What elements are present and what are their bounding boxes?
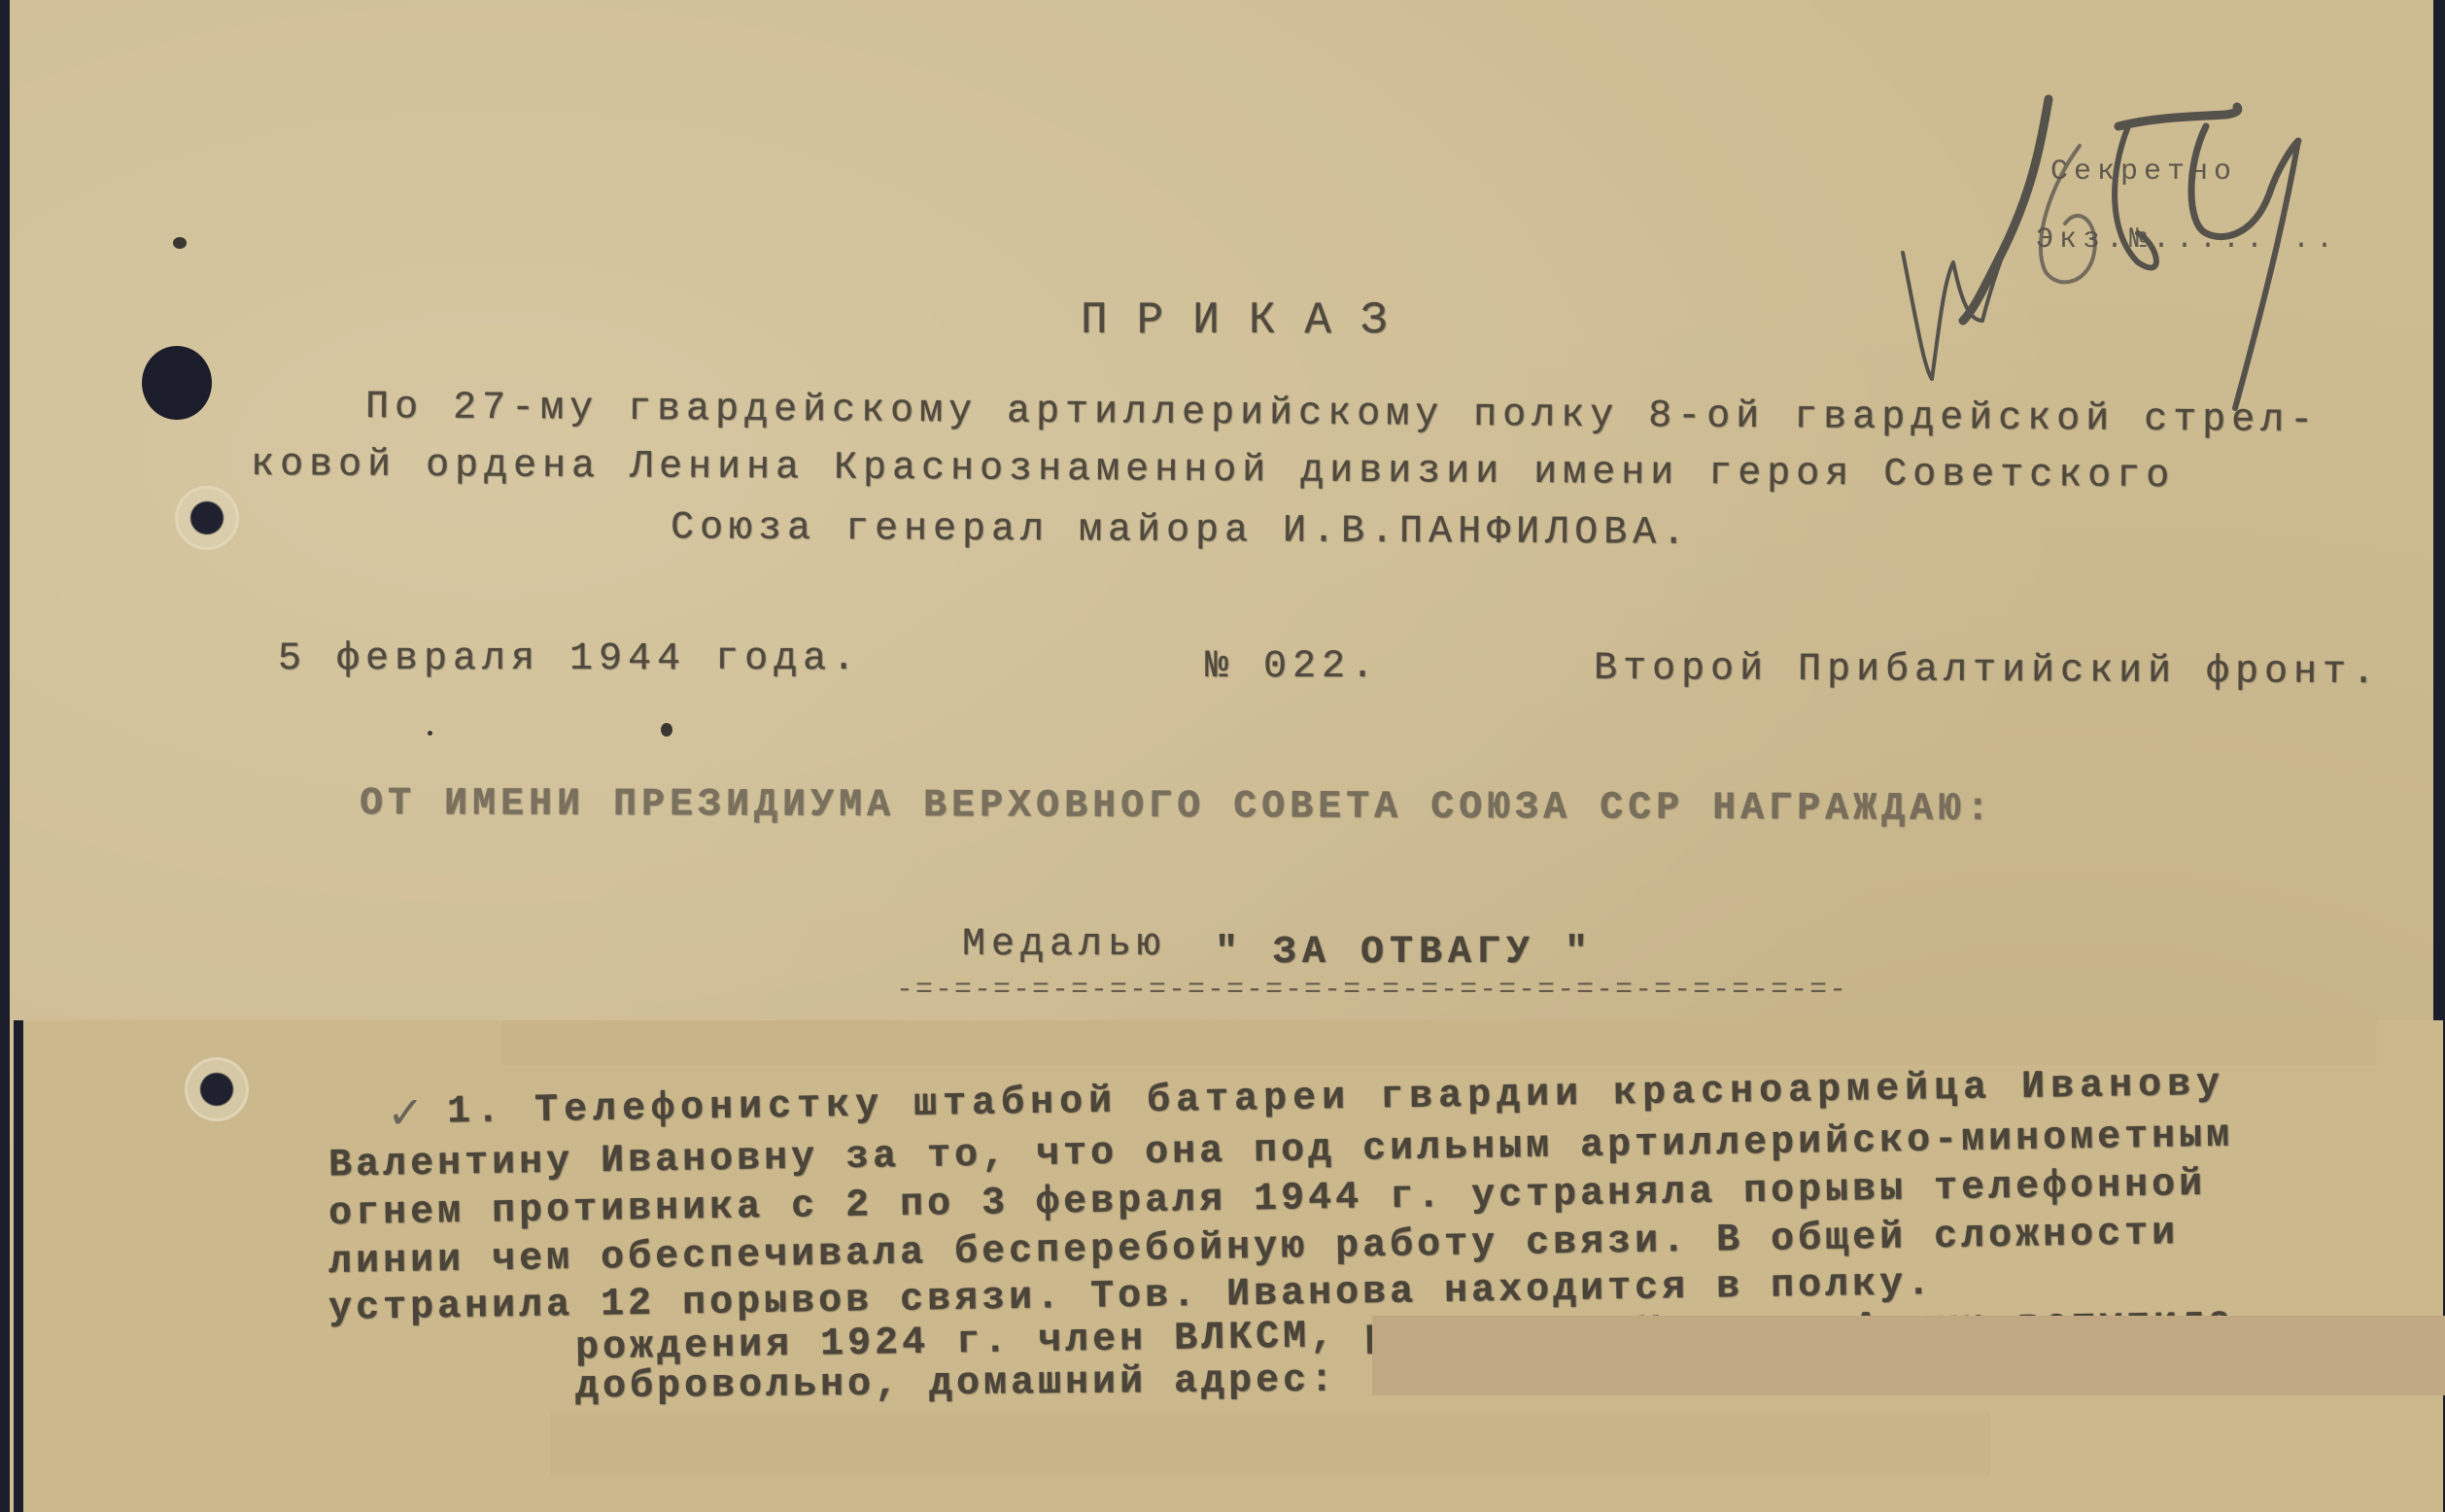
paper-speck bbox=[428, 731, 432, 736]
redaction-box bbox=[501, 1020, 2377, 1065]
paper-speck bbox=[173, 237, 187, 249]
award-underline: -=-=-=-=-=-=-=-=-=-=-=-=-=-=-=-=-=-=-=-=… bbox=[896, 974, 1848, 1007]
redaction-box-overlay bbox=[1372, 1316, 2445, 1395]
check-mark-icon: ✓ bbox=[387, 1086, 425, 1139]
header-line-3: Союза генерал майора И.В.ПАНФИЛОВА. bbox=[671, 506, 1691, 555]
handwritten-number-annotation-icon bbox=[1885, 87, 2391, 418]
paper-speck bbox=[661, 723, 672, 737]
punch-hole-torn-middle bbox=[175, 486, 239, 550]
award-preamble: ОТ ИМЕНИ ПРЕЗИДИУМА ВЕРХОВНОГО СОВЕТА СО… bbox=[360, 782, 1994, 832]
front-name: Второй Прибалтийский фронт. bbox=[1594, 647, 2381, 695]
citation-line-7: добровольно, домашний адрес: bbox=[575, 1359, 1337, 1410]
award-name: " ЗА ОТВАГУ " bbox=[1215, 931, 1594, 975]
redaction-box-overlay bbox=[550, 1413, 1990, 1475]
punch-hole-torn-lower bbox=[185, 1057, 249, 1121]
document-title: ПРИКАЗ bbox=[1081, 295, 1417, 346]
punch-hole-top bbox=[142, 346, 212, 420]
order-date: 5 февраля 1944 года. bbox=[278, 637, 861, 681]
order-number: № 022. bbox=[1205, 645, 1380, 689]
award-label: Медалью bbox=[962, 923, 1166, 967]
